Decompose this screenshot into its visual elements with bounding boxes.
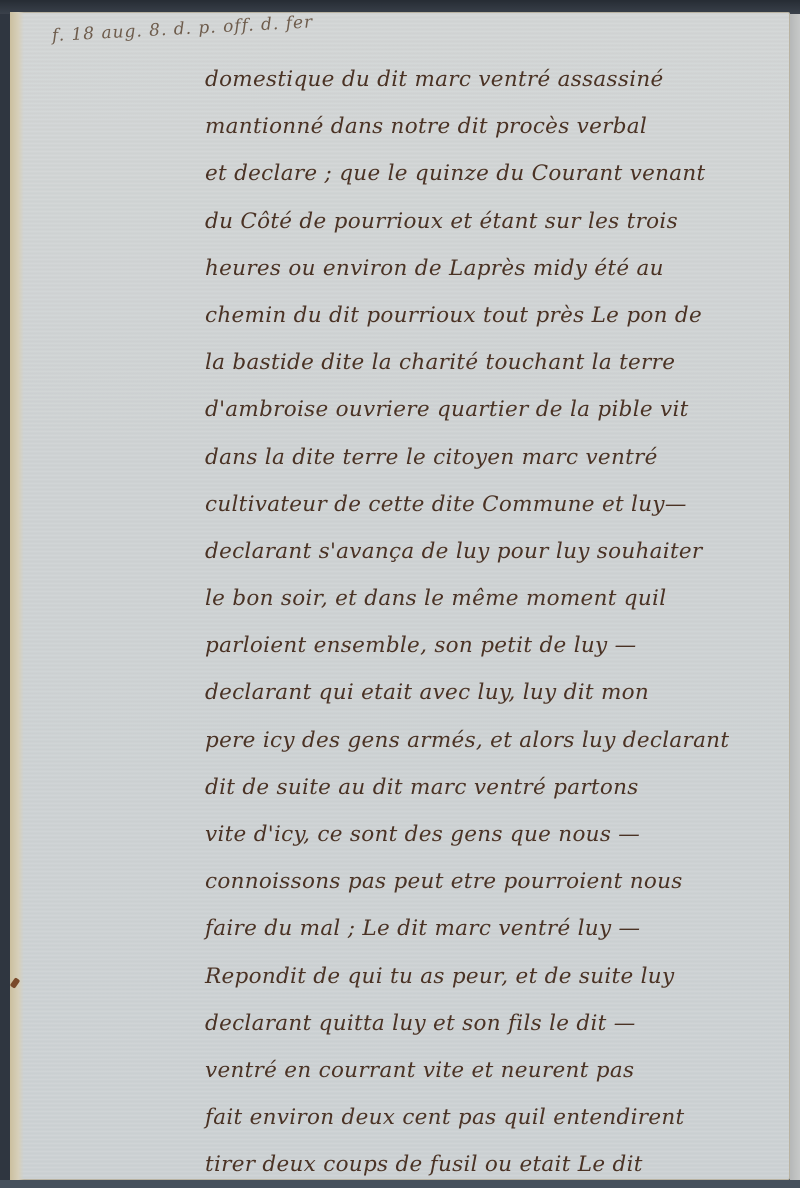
text-line: faire du mal ; Le dit marc ventré luy — [205,905,780,952]
text-line: heures ou environ de Laprès midy été au [205,245,780,292]
text-line: pere icy des gens armés, et alors luy de… [205,717,780,764]
text-line: tirer deux coups de fusil ou etait Le di… [205,1141,780,1188]
text-line: chemin du dit pourrioux tout près Le pon… [205,292,780,339]
text-line: vite d'icy, ce sont des gens que nous — [205,811,780,858]
text-line: la bastide dite la charité touchant la t… [205,339,780,386]
text-line: et declare ; que le quinze du Courant ve… [205,150,780,197]
text-line: connoissons pas peut etre pourroient nou… [205,858,780,905]
text-line: declarant qui etait avec luy, luy dit mo… [205,669,780,716]
text-line: d'ambroise ouvriere quartier de la pible… [205,386,780,433]
text-line: Repondit de qui tu as peur, et de suite … [205,953,780,1000]
adjacent-page-edge [790,14,800,1188]
manuscript-text: domestique du dit marc ventré assassiné … [205,56,780,1188]
page-left-edge [10,12,24,1180]
text-line: declarant s'avança de luy pour luy souha… [205,528,780,575]
text-line: mantionné dans notre dit procès verbal [205,103,780,150]
text-line: le bon soir, et dans le même moment quil [205,575,780,622]
text-line: declarant quitta luy et son fils le dit … [205,1000,780,1047]
text-line: dit de suite au dit marc ventré partons [205,764,780,811]
text-line: cultivateur de cette dite Commune et luy… [205,481,780,528]
text-line: du Côté de pourrioux et étant sur les tr… [205,198,780,245]
text-line: dans la dite terre le citoyen marc ventr… [205,434,780,481]
text-line: parloient ensemble, son petit de luy — [205,622,780,669]
text-line: fait environ deux cent pas quil entendir… [205,1094,780,1141]
text-line: ventré en courrant vite et neurent pas [205,1047,780,1094]
text-line: domestique du dit marc ventré assassiné [205,56,780,103]
